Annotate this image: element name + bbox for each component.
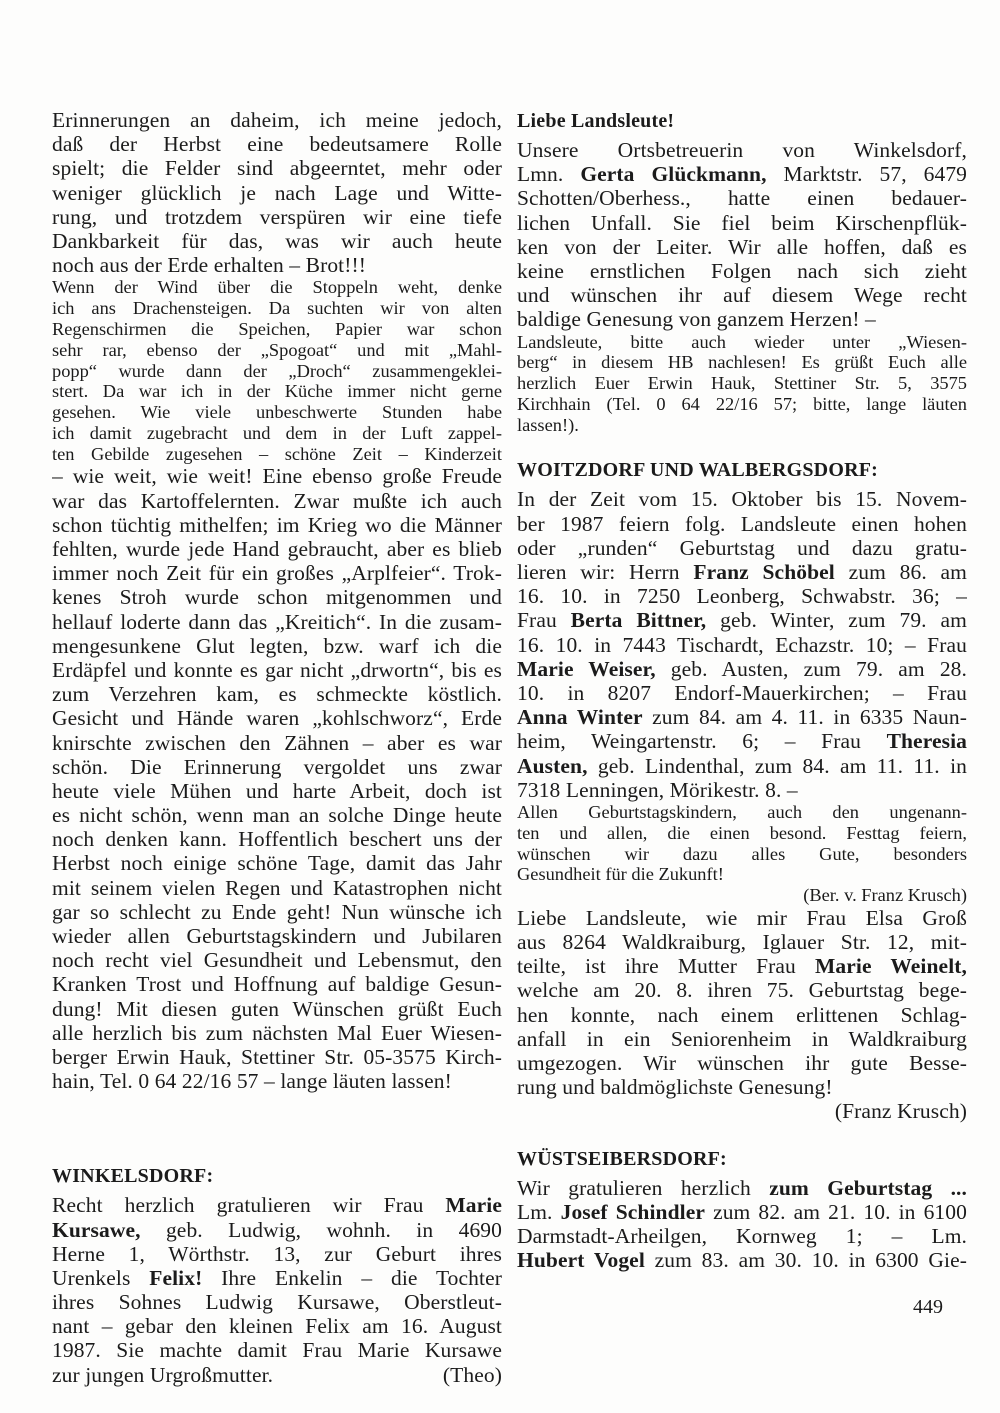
text-line: In der Zeit vom 15. Oktober bis 15. Nove… (517, 487, 967, 511)
text-run: ich ans Drachensteigen. Da suchten wir v… (52, 298, 502, 318)
text-run: und wünschen ihr auf diesem Wege recht (517, 283, 967, 307)
weinelt-paragraph: Liebe Landsleute, wie mir Frau Elsa Groß… (517, 906, 967, 1100)
text-run: Landsleute, bitte auch wieder unter „Wie… (517, 332, 967, 352)
text-line: teilte, ist ihre Mutter Frau Marie Weine… (517, 954, 967, 978)
text-run: Erinnerungen an daheim, ich meine jedoch… (52, 108, 502, 132)
memories-paragraph-continued: – wie weit, wie weit! Eine ebenso große … (52, 464, 502, 1093)
text-line: Wenn der Wind über die Stoppeln weht, de… (52, 277, 502, 298)
text-run: geb. Lindenthal, zum 84. am 11. 11. in (588, 754, 967, 778)
text-run: dung! Mit diesen guten Wünschen grüßt Eu… (52, 997, 502, 1021)
text-line: dung! Mit diesen guten Wünschen grüßt Eu… (52, 997, 502, 1021)
text-run: Schotten/Oberhess., hatte einen bedauer- (517, 186, 967, 210)
text-run: heim, Weingartenstr. 6; – Frau (517, 729, 887, 753)
section-heading-woitzdorf: WOITZDORF UND WALBERGSDORF: (517, 457, 967, 483)
text-line: hellauf loderte dann das „Kreitich“. In … (52, 610, 502, 634)
memories-paragraph-small: Wenn der Wind über die Stoppeln weht, de… (52, 277, 502, 464)
text-line: mengesunkene Glut legten, bzw. warf ich … (52, 634, 502, 658)
text-run: geb. Winter, zum 79. am (706, 608, 967, 632)
text-run: zum 86. am (835, 560, 967, 584)
text-run: ber 1987 feiern folg. Landsleute einen h… (517, 512, 967, 536)
section-wuestseibersdorf: WÜSTSEIBERSDORF: Wir gratulieren herzlic… (517, 1146, 967, 1273)
text-run: ken von der Leiter. Wir alle hoffen, daß… (517, 235, 967, 259)
spacer (517, 1124, 967, 1146)
text-line: umgezogen. Wir wünschen ihr gute Besse- (517, 1051, 967, 1075)
text-run: Unsere Ortsbetreuerin von Winkelsdorf, (517, 138, 967, 162)
text-run: berger Erwin Hauk, Stettiner Str. 05-357… (52, 1045, 502, 1069)
text-run: heute viele Mühen und harte Arbeit, doch… (52, 779, 502, 803)
text-line: keine ernstlichen Folgen nach sich zieht (517, 259, 967, 283)
text-line: Austen, geb. Lindenthal, zum 84. am 11. … (517, 754, 967, 778)
bold-name: Josef Schindler (561, 1200, 705, 1224)
text-line: und wünschen ihr auf diesem Wege recht (517, 283, 967, 307)
section-heading-wuestseibersdorf: WÜSTSEIBERSDORF: (517, 1146, 967, 1172)
text-run: daß der Herbst eine bedeutsamere Rolle (52, 132, 502, 156)
text-run: ten Gebilde zugesehen – schöne Zeit – Ki… (52, 444, 502, 464)
text-run: ten und allen, die einen besond. Festtag… (517, 823, 967, 843)
text-run: popp“ wurde dann der „Droch“ zusammengek… (52, 361, 502, 381)
text-run: sehr rar, ebenso der „Spogoat“ und mit „… (52, 340, 502, 360)
text-line: noch recht viel Gesundheit und Lebensmut… (52, 948, 502, 972)
text-run: berg“ in diesem HB nachlesen! Es grüßt E… (517, 352, 967, 372)
text-run: war das Kartoffelernten. Zwar mußte ich … (52, 489, 502, 513)
text-run: lieren wir: Herrn (517, 560, 693, 584)
text-line: Dankbarkeit für das, was wir auch heute (52, 229, 502, 253)
text-line: berg“ in diesem HB nachlesen! Es grüßt E… (517, 352, 967, 373)
section-woitzdorf-walbergsdorf: WOITZDORF UND WALBERGSDORF: In der Zeit … (517, 457, 967, 1123)
bold-name: Marie (445, 1193, 502, 1217)
wishes-signature: (Ber. v. Franz Krusch) (517, 885, 967, 906)
attribution: (Theo) (443, 1363, 502, 1387)
text-run: kenes Stroh wurde schon mitgenommen und (52, 585, 502, 609)
text-run: 1987. Sie machte damit Frau Marie Kursaw… (52, 1338, 502, 1362)
text-run: noch denken kann. Hoffentlich beschert u… (52, 827, 502, 851)
text-run: umgezogen. Wir wünschen ihr gute Besse- (517, 1051, 967, 1075)
bold-name: zum Geburtstag ... (769, 1176, 967, 1200)
winkelsdorf-paragraph: Recht herzlich gratulieren wir Frau Mari… (52, 1193, 502, 1387)
text-line: berger Erwin Hauk, Stettiner Str. 05-357… (52, 1045, 502, 1069)
text-line: Urenkels Felix! Ihre Enkelin – die Tocht… (52, 1266, 502, 1290)
text-line: Landsleute, bitte auch wieder unter „Wie… (517, 332, 967, 353)
text-run: zum 82. am 21. 10. in 6100 (705, 1200, 967, 1224)
birthday-wishes-paragraph: Allen Geburtstagskindern, auch den ungen… (517, 802, 967, 885)
text-run: Liebe Landsleute, wie mir Frau Elsa Groß (517, 906, 967, 930)
text-run: wieder allen Geburtstagskindern und Jubi… (52, 924, 502, 948)
text-run: geb. Austen, zum 79. am 28. (656, 657, 967, 681)
text-line: ten und allen, die einen besond. Festtag… (517, 823, 967, 844)
text-line: baldige Genesung von ganzem Herzen! – (517, 307, 967, 331)
wuestseibersdorf-paragraph: Wir gratulieren herzlich zum Geburtstag … (517, 1176, 967, 1273)
text-line: Recht herzlich gratulieren wir Frau Mari… (52, 1193, 502, 1217)
text-line: war das Kartoffelernten. Zwar mußte ich … (52, 489, 502, 513)
birthday-list-paragraph: In der Zeit vom 15. Oktober bis 15. Nove… (517, 487, 967, 801)
text-run: stert. Da war ich in der Küche immer nic… (52, 381, 502, 401)
text-line: ihres Sohnes Ludwig Kursawe, Oberstleut- (52, 1290, 502, 1314)
text-run: es nicht schön, wenn man an solche Dinge… (52, 803, 502, 827)
text-line: stert. Da war ich in der Küche immer nic… (52, 381, 502, 402)
text-run: Allen Geburtstagskindern, auch den ungen… (517, 802, 967, 822)
text-run: hain, Tel. 0 64 22/16 57 – lange läuten … (52, 1069, 452, 1093)
text-run: baldige Genesung von ganzem Herzen! – (517, 307, 876, 331)
text-line: Erdäpfel und konnte es gar nicht „drwort… (52, 658, 502, 682)
weinelt-signature-block: (Franz Krusch) (517, 1099, 967, 1123)
text-run: weniger glücklich je nach Lage und Witte… (52, 181, 502, 205)
text-line: hain, Tel. 0 64 22/16 57 – lange läuten … (52, 1069, 502, 1093)
text-line: 10. in 8207 Endorf-Mauerkirchen; – Frau (517, 681, 967, 705)
text-line: ich damit zugebracht und dem in der Luft… (52, 423, 502, 444)
text-line: mit seinem vielen Regen und Katastrophen… (52, 876, 502, 900)
text-line: Lm. Josef Schindler zum 82. am 21. 10. i… (517, 1200, 967, 1224)
spacer (52, 1093, 502, 1163)
wishes-signature-block: (Ber. v. Franz Krusch) (517, 885, 967, 906)
text-run: 16. 10. in 7250 Leonberg, Schwabstr. 36;… (517, 584, 967, 608)
text-line: weniger glücklich je nach Lage und Witte… (52, 181, 502, 205)
text-line: 1987. Sie machte damit Frau Marie Kursaw… (52, 1338, 502, 1362)
text-run: fehlten, wurde jede Hand gebraucht, aber… (52, 537, 502, 561)
text-line: ken von der Leiter. Wir alle hoffen, daß… (517, 235, 967, 259)
text-line: Schotten/Oberhess., hatte einen bedauer- (517, 186, 967, 210)
section-liebe-landsleute: Liebe Landsleute! Unsere Ortsbetreuerin … (517, 108, 967, 435)
text-line: ich ans Drachensteigen. Da suchten wir v… (52, 298, 502, 319)
text-run: 16. 10. in 7443 Tischardt, Echazstr. 10;… (517, 633, 967, 657)
text-line: rung, und trotzdem verspüren wir eine ti… (52, 205, 502, 229)
text-line: immer noch Zeit für ein großes „Arplfeie… (52, 561, 502, 585)
text-line: Kursawe, geb. Ludwig, wohnh. in 4690 (52, 1218, 502, 1242)
page-number: 449 (913, 1296, 943, 1319)
text-line: oder „runden“ Geburtstag und dazu gratu- (517, 536, 967, 560)
text-line: aus 8264 Waldkraiburg, Iglauer Str. 12, … (517, 930, 967, 954)
text-line: Lmn. Gerta Glückmann, Marktstr. 57, 6479 (517, 162, 967, 186)
text-line: Unsere Ortsbetreuerin von Winkelsdorf, (517, 138, 967, 162)
bold-name: Kursawe, (52, 1218, 141, 1242)
bold-name: Theresia (887, 729, 967, 753)
text-line: Gesicht und Hände waren „kohlschworz“, E… (52, 706, 502, 730)
text-run: lichen Unfall. Sie fiel beim Kirschenpfl… (517, 211, 967, 235)
text-line: heim, Weingartenstr. 6; – Frau Theresia (517, 729, 967, 753)
text-line: welche am 20. 8. ihren 75. Geburtstag be… (517, 978, 967, 1002)
bold-name: Hubert Vogel (517, 1248, 645, 1272)
weinelt-signature: (Franz Krusch) (517, 1099, 967, 1123)
hauk-note-paragraph: Landsleute, bitte auch wieder unter „Wie… (517, 332, 967, 436)
text-line: Herbst noch einige schöne Tage, damit da… (52, 851, 502, 875)
text-line: Anna Winter zum 84. am 4. 11. in 6335 Na… (517, 705, 967, 729)
text-run: teilte, ist ihre Mutter Frau (517, 954, 815, 978)
text-line: Kirchhain (Tel. 0 64 22/16 57; bitte, la… (517, 394, 967, 415)
text-line: spielt; die Felder sind abgeerntet, mehr… (52, 156, 502, 180)
text-line: fehlten, wurde jede Hand gebraucht, aber… (52, 537, 502, 561)
text-run: geb. Ludwig, wohnh. in 4690 (141, 1218, 502, 1242)
text-line: noch aus der Erde erhalten – Brot!!! (52, 253, 502, 277)
text-line: lieren wir: Herrn Franz Schöbel zum 86. … (517, 560, 967, 584)
text-run: mengesunkene Glut legten, bzw. warf ich … (52, 634, 502, 658)
text-run: Lm. (517, 1200, 561, 1224)
text-run: alle herzlich bis zum nächsten Mal Euer … (52, 1021, 502, 1045)
text-line: Liebe Landsleute, wie mir Frau Elsa Groß (517, 906, 967, 930)
text-line: kenes Stroh wurde schon mitgenommen und (52, 585, 502, 609)
text-line: sehr rar, ebenso der „Spogoat“ und mit „… (52, 340, 502, 361)
text-line: popp“ wurde dann der „Droch“ zusammengek… (52, 361, 502, 382)
text-line: schön. Die Erinnerung vergoldet uns zwar (52, 755, 502, 779)
text-run: zum Verzehren kam, es schmeckte köstlich… (52, 682, 502, 706)
text-line: gar so schlecht zu Ende geht! Nun wünsch… (52, 900, 502, 924)
text-run: spielt; die Felder sind abgeerntet, mehr… (52, 156, 502, 180)
text-run: ich damit zugebracht und dem in der Luft… (52, 423, 502, 443)
text-line: zur jungen Urgroßmutter.(Theo) (52, 1363, 502, 1387)
text-line: heute viele Mühen und harte Arbeit, doch… (52, 779, 502, 803)
text-line: wieder allen Geburtstagskindern und Jubi… (52, 924, 502, 948)
text-run: rung, und trotzdem verspüren wir eine ti… (52, 205, 502, 229)
intro-paragraph: Erinnerungen an daheim, ich meine jedoch… (52, 108, 502, 277)
bold-name: Austen, (517, 754, 588, 778)
text-line: ten Gebilde zugesehen – schöne Zeit – Ki… (52, 444, 502, 465)
text-line: Gesundheit für die Zukunft! (517, 864, 967, 885)
text-run: Wenn der Wind über die Stoppeln weht, de… (52, 277, 502, 297)
text-run: – wie weit, wie weit! Eine ebenso große … (52, 464, 502, 488)
text-line: Herne 1, Wörthstr. 13, zur Geburt ihres (52, 1242, 502, 1266)
text-run: nant – gebar den kleinen Felix am 16. Au… (52, 1314, 502, 1338)
text-run: keine ernstlichen Folgen nach sich zieht (517, 259, 967, 283)
text-run: Gesundheit für die Zukunft! (517, 864, 724, 884)
text-run: zur jungen Urgroßmutter. (52, 1363, 273, 1387)
text-run: 7318 Lenningen, Mörikestr. 8. – (517, 778, 798, 802)
text-run: knirschte zwischen den Zähnen – aber es … (52, 731, 502, 755)
bold-name: Felix! (149, 1266, 202, 1290)
text-line: ber 1987 feiern folg. Landsleute einen h… (517, 512, 967, 536)
text-line: alle herzlich bis zum nächsten Mal Euer … (52, 1021, 502, 1045)
text-line: – wie weit, wie weit! Eine ebenso große … (52, 464, 502, 488)
text-line: Marie Weiser, geb. Austen, zum 79. am 28… (517, 657, 967, 681)
text-run: Lmn. (517, 162, 580, 186)
text-run: rung und baldmöglichste Genesung! (517, 1075, 833, 1099)
text-run: schön. Die Erinnerung vergoldet uns zwar (52, 755, 502, 779)
text-line: noch denken kann. Hoffentlich beschert u… (52, 827, 502, 851)
text-line: Darmstadt-Arheilgen, Kornweg 1; – Lm. (517, 1224, 967, 1248)
text-run: welche am 20. 8. ihren 75. Geburtstag be… (517, 978, 967, 1002)
text-line: knirschte zwischen den Zähnen – aber es … (52, 731, 502, 755)
text-line: nant – gebar den kleinen Felix am 16. Au… (52, 1314, 502, 1338)
text-run: Dankbarkeit für das, was wir auch heute (52, 229, 502, 253)
bold-name: Marie Weinelt, (815, 954, 967, 978)
text-run: anfall in ein Seniorenheim in Waldkraibu… (517, 1027, 967, 1051)
text-run: mit seinem vielen Regen und Katastrophen… (52, 876, 502, 900)
text-line: schon tüchtig mithelfen; im Krieg wo die… (52, 513, 502, 537)
text-run: In der Zeit vom 15. Oktober bis 15. Nove… (517, 487, 967, 511)
text-run: Wir gratulieren herzlich (517, 1176, 769, 1200)
text-run: Darmstadt-Arheilgen, Kornweg 1; – Lm. (517, 1224, 967, 1248)
text-run: Ihre Enkelin – die Tochter (202, 1266, 502, 1290)
text-run: Herne 1, Wörthstr. 13, zur Geburt ihres (52, 1242, 502, 1266)
text-run: zum 83. am 30. 10. in 6300 Gie- (645, 1248, 967, 1272)
text-line: Erinnerungen an daheim, ich meine jedoch… (52, 108, 502, 132)
bold-name: Gerta Glückmann, (580, 162, 766, 186)
text-run: gar so schlecht zu Ende geht! Nun wünsch… (52, 900, 502, 924)
text-run: immer noch Zeit für ein großes „Arplfeie… (52, 561, 502, 585)
text-line: lichen Unfall. Sie fiel beim Kirschenpfl… (517, 211, 967, 235)
text-line: Allen Geburtstagskindern, auch den ungen… (517, 802, 967, 823)
section-winkelsdorf: WINKELSDORF: Recht herzlich gratulieren … (52, 1163, 502, 1387)
text-line: Kranken Trost und Hoffnung auf baldige G… (52, 972, 502, 996)
text-run: lassen!). (517, 415, 579, 435)
text-line: anfall in ein Seniorenheim in Waldkraibu… (517, 1027, 967, 1051)
text-line: Hubert Vogel zum 83. am 30. 10. in 6300 … (517, 1248, 967, 1272)
text-line: Wir gratulieren herzlich zum Geburtstag … (517, 1176, 967, 1200)
bold-name: Berta Bittner, (571, 608, 707, 632)
section-heading-liebe-landsleute: Liebe Landsleute! (517, 108, 967, 134)
bold-name: Marie Weiser, (517, 657, 656, 681)
text-line: lassen!). (517, 415, 967, 436)
text-line: 16. 10. in 7250 Leonberg, Schwabstr. 36;… (517, 584, 967, 608)
text-line: zum Verzehren kam, es schmeckte köstlich… (52, 682, 502, 706)
text-line: wünschen wir dazu alles Gute, besonders (517, 844, 967, 865)
text-line: hen konnte, nach einem erlittenen Schlag… (517, 1003, 967, 1027)
text-line: rung und baldmöglichste Genesung! (517, 1075, 967, 1099)
text-run: schon tüchtig mithelfen; im Krieg wo die… (52, 513, 502, 537)
text-run: Kirchhain (Tel. 0 64 22/16 57; bitte, la… (517, 394, 967, 414)
text-run: wünschen wir dazu alles Gute, besonders (517, 844, 967, 864)
bold-name: Anna Winter (517, 705, 643, 729)
text-run: hen konnte, nach einem erlittenen Schlag… (517, 1003, 967, 1027)
text-run: aus 8264 Waldkraiburg, Iglauer Str. 12, … (517, 930, 967, 954)
text-line: 16. 10. in 7443 Tischardt, Echazstr. 10;… (517, 633, 967, 657)
text-line: 7318 Lenningen, Mörikestr. 8. – (517, 778, 967, 802)
text-run: hellauf loderte dann das „Kreitich“. In … (52, 610, 502, 634)
spacer (517, 435, 967, 457)
text-line: herzlich Euer Erwin Hauk, Stettiner Str.… (517, 373, 967, 394)
text-line: gesehen. Wie viele unbeschwerte Stunden … (52, 402, 502, 423)
text-run: Regenschirmen die Speichen, Papier war s… (52, 319, 502, 339)
document-page: Erinnerungen an daheim, ich meine jedoch… (0, 0, 1000, 1413)
text-run: Erdäpfel und konnte es gar nicht „drwort… (52, 658, 502, 682)
text-run: Marktstr. 57, 6479 (767, 162, 967, 186)
text-run: 10. in 8207 Endorf-Mauerkirchen; – Frau (517, 681, 967, 705)
left-column: Erinnerungen an daheim, ich meine jedoch… (52, 108, 502, 1387)
text-run: Kranken Trost und Hoffnung auf baldige G… (52, 972, 502, 996)
text-line: daß der Herbst eine bedeutsamere Rolle (52, 132, 502, 156)
text-run: Herbst noch einige schöne Tage, damit da… (52, 851, 502, 875)
unfall-paragraph: Unsere Ortsbetreuerin von Winkelsdorf,Lm… (517, 138, 967, 332)
text-run: oder „runden“ Geburtstag und dazu gratu- (517, 536, 967, 560)
text-run: noch recht viel Gesundheit und Lebensmut… (52, 948, 502, 972)
text-run: zum 84. am 4. 11. in 6335 Naun- (643, 705, 967, 729)
text-run: herzlich Euer Erwin Hauk, Stettiner Str.… (517, 373, 967, 393)
text-run: noch aus der Erde erhalten – Brot!!! (52, 253, 366, 277)
section-heading-winkelsdorf: WINKELSDORF: (52, 1163, 502, 1189)
text-line: Regenschirmen die Speichen, Papier war s… (52, 319, 502, 340)
text-run: ihres Sohnes Ludwig Kursawe, Oberstleut- (52, 1290, 502, 1314)
text-run: Recht herzlich gratulieren wir Frau (52, 1193, 445, 1217)
right-column: Liebe Landsleute! Unsere Ortsbetreuerin … (517, 108, 967, 1272)
text-run: Urenkels (52, 1266, 149, 1290)
bold-name: Franz Schöbel (693, 560, 835, 584)
text-line: Frau Berta Bittner, geb. Winter, zum 79.… (517, 608, 967, 632)
text-run: Frau (517, 608, 571, 632)
text-line: es nicht schön, wenn man an solche Dinge… (52, 803, 502, 827)
text-run: Gesicht und Hände waren „kohlschworz“, E… (52, 706, 502, 730)
text-run: gesehen. Wie viele unbeschwerte Stunden … (52, 402, 502, 422)
